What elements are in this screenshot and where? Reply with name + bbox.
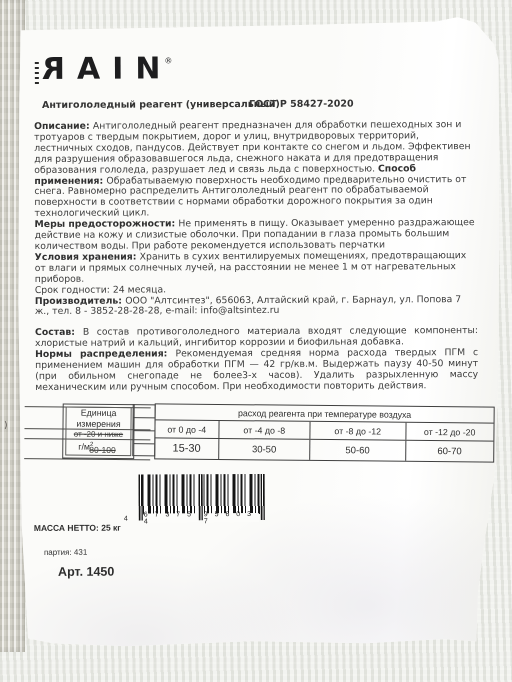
product-title-row: Антигололедный реагент (универсальный) Г… — [42, 98, 482, 111]
range-cell: от 0 до -4 — [155, 420, 219, 438]
struck-old-temperature-range: от -20 и ниже — [63, 429, 133, 439]
dosage-table: расход реагента при температуре воздуха … — [154, 403, 495, 462]
dosage-table-zone: Единица измерения от -20 и ниже г/м2 80-… — [18, 400, 501, 471]
stray-print-char: ) — [4, 421, 8, 431]
value-cell: 30-50 — [219, 439, 311, 460]
barcode-guard-left — [139, 475, 143, 521]
barcode-lead-digit: 4 — [124, 515, 130, 524]
struck-old-value: 80-100 — [89, 445, 116, 455]
value-cell: 15-30 — [155, 438, 219, 459]
unit-label-line1: Единица — [64, 407, 134, 418]
divider-line — [134, 417, 155, 418]
photo-of-sack-label: ) RAIN ® Антигололедный реагент (универс… — [0, 0, 512, 682]
range-cell: от -8 до -12 — [310, 422, 406, 440]
dosage-value-row: 15-30 30-50 50-60 60-70 — [155, 438, 493, 461]
logo-rest-letters: AIN — [77, 51, 173, 86]
barcode-guard-right — [261, 474, 265, 520]
section-storage: Условия хранения: Хранить в сухих вентил… — [35, 251, 478, 286]
section-manufacturer: Производитель: ООО "Алтсинтез", 656063, … — [35, 295, 478, 319]
barcode-right-digits: 9 5 6 0 3 7 — [204, 513, 259, 522]
registered-trademark-icon: ® — [164, 56, 172, 65]
label-body-text: Описание: Антигололедный реагент предназ… — [34, 120, 478, 394]
range-cell: от -4 до -8 — [219, 421, 311, 439]
brand-logo-text: RAIN — [42, 54, 173, 85]
gost-standard: ГОСТ Р 58427-2020 — [249, 99, 354, 110]
article-number: Арт. 1450 — [58, 565, 114, 579]
divider-line — [133, 443, 154, 444]
logo-vertical-text-marks — [35, 59, 39, 84]
barcode-left-digits: 6 7 3 7 5 4 — [144, 513, 198, 522]
section-precautions: Меры предосторожности: Не применять в пи… — [35, 218, 478, 253]
brand-logo: RAIN ® — [35, 54, 173, 85]
value-cell: 60-70 — [406, 441, 494, 462]
unit-of-measure-cell: Единица измерения от -20 и ниже г/м2 80-… — [62, 403, 135, 459]
ean13-barcode: 4 6 7 3 7 5 4 9 5 6 0 3 7 — [139, 474, 265, 523]
range-cell: от -12 до -20 — [406, 423, 494, 441]
narrow-divider-column — [132, 404, 155, 456]
barcode-guard-middle — [199, 474, 203, 520]
unit-label-line2: измерения — [63, 418, 133, 429]
product-label: RAIN ® Антигололедный реагент (универсал… — [17, 17, 502, 651]
mirrored-r-letter: R — [42, 55, 65, 85]
product-title: Антигололедный реагент (универсальный) — [42, 99, 280, 111]
batch-number: партия: 431 — [44, 548, 87, 557]
net-mass: МАССА НЕТТО: 25 кг — [34, 523, 121, 533]
section-application-norms: Нормы распределения: Рекомендуемая средн… — [35, 348, 478, 394]
section-description: Описание: Антигололедный реагент предназ… — [34, 120, 477, 220]
value-cell: 50-60 — [310, 440, 406, 461]
divider-line — [133, 430, 154, 431]
